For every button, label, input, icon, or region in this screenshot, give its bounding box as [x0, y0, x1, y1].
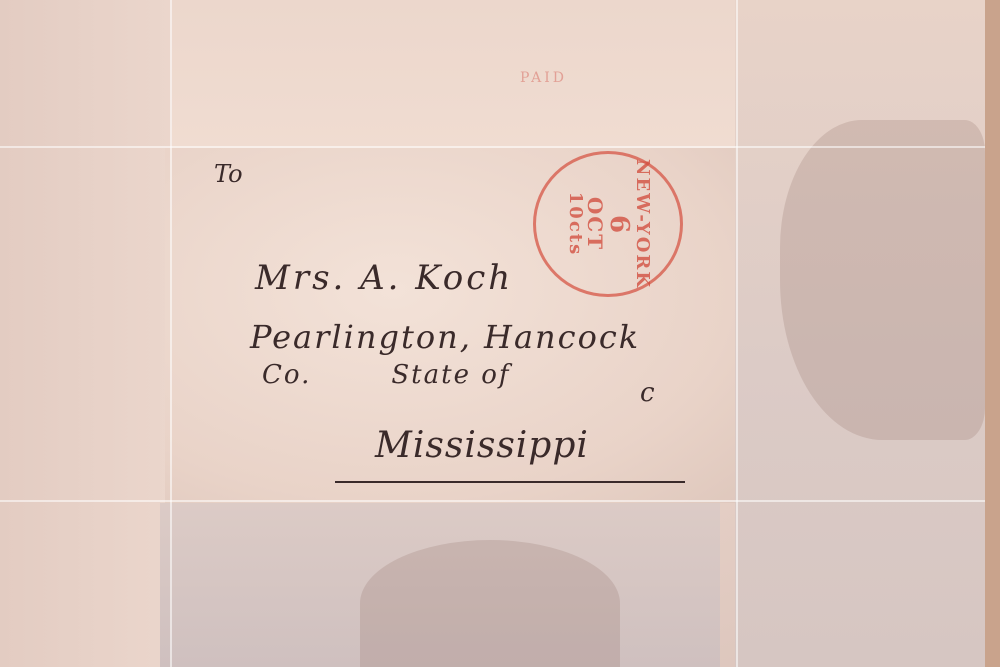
shadow [780, 120, 985, 440]
postmark-city: NEW-YORK [632, 159, 651, 289]
fold-line [170, 0, 172, 667]
postmark-extra: 10cts [565, 159, 584, 289]
county-abbrev: Co. [262, 360, 311, 390]
salutation: To [214, 160, 243, 188]
faint-postmark: PAID [520, 70, 660, 125]
margin-mark: c [640, 378, 655, 408]
letter-photo: PAID NEW-YORK 6 OCT 10cts To Mrs. A. Koc… [0, 0, 1000, 667]
shadow [360, 540, 620, 667]
postmark-day: 6 [605, 159, 632, 289]
address-line-name: Mrs. A. Koch [255, 258, 513, 298]
address-line-state: Mississippi [375, 425, 589, 466]
underline [335, 481, 685, 483]
fold-line [0, 146, 985, 148]
state-of: State of [391, 360, 510, 390]
postmark-month: OCT [584, 159, 605, 289]
address-line-county: Co.State of [262, 360, 511, 390]
address-line-town: Pearlington, Hancock [250, 318, 640, 356]
mat-edge [985, 0, 1000, 667]
postmark: NEW-YORK 6 OCT 10cts [533, 151, 683, 297]
left-fold-panel [0, 0, 172, 667]
fold-line [0, 500, 985, 502]
fold-line [736, 0, 738, 667]
